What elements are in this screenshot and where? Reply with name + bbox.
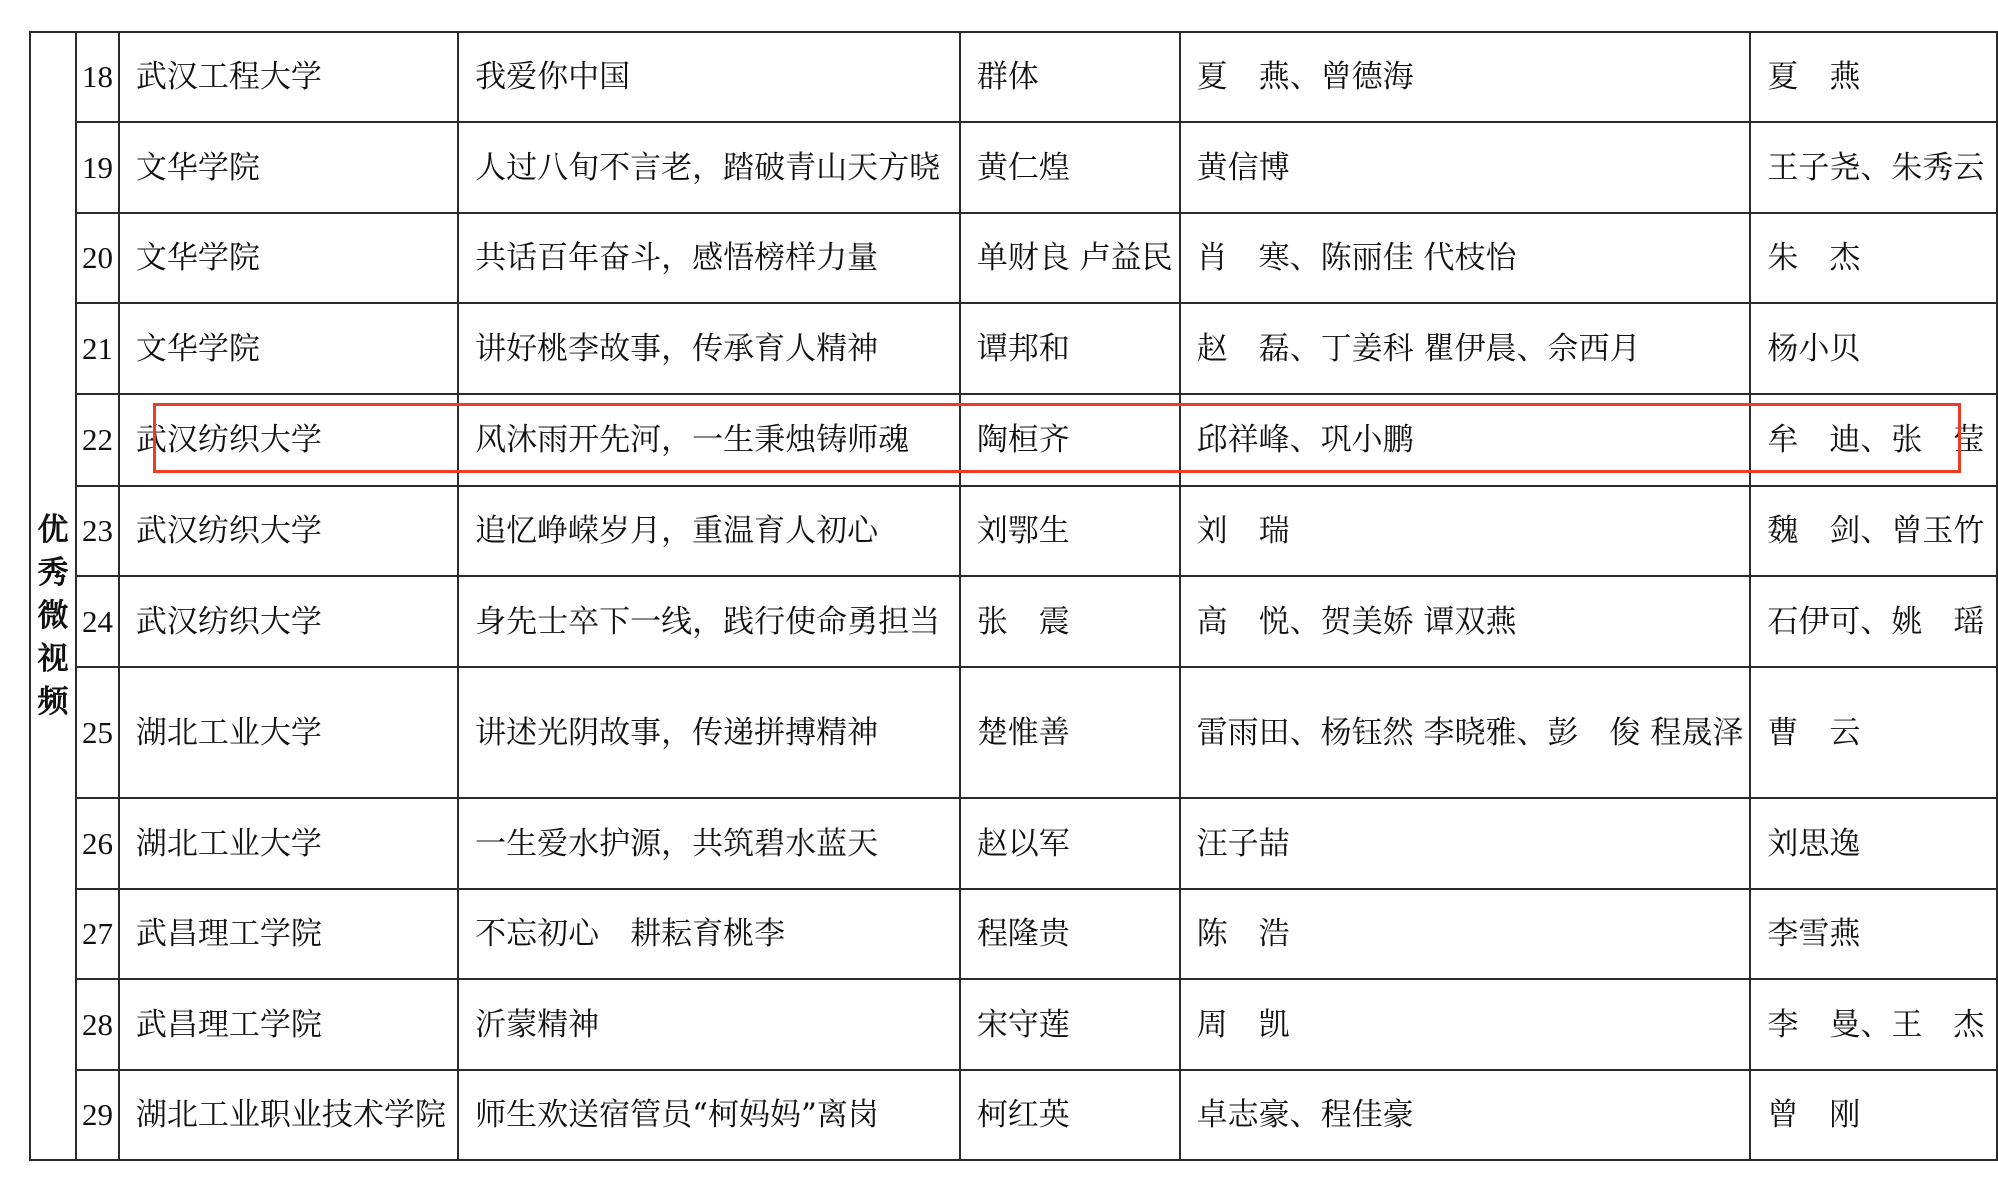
authors-cell: 卓志豪、程佳豪 bbox=[1180, 1070, 1751, 1160]
table-row: 21 文华学院 讲好桃李故事，传承育人精神 谭邦和 赵 磊、丁姜科 瞿伊晨、佘西… bbox=[30, 303, 1997, 394]
unit-cell: 武汉纺织大学 bbox=[119, 394, 458, 486]
row-number: 28 bbox=[76, 979, 119, 1070]
table-row: 20 文华学院 共话百年奋斗，感悟榜样力量 单财良 卢益民 肖 寒、陈丽佳 代枝… bbox=[30, 213, 1997, 303]
tutor-cell: 夏 燕 bbox=[1750, 32, 1997, 122]
title-cell: 我爱你中国 bbox=[458, 32, 960, 122]
title-cell: 风沐雨开先河，一生秉烛铸师魂 bbox=[458, 394, 960, 486]
unit-cell: 武汉纺织大学 bbox=[119, 486, 458, 576]
authors-cell: 肖 寒、陈丽佳 代枝怡 bbox=[1180, 213, 1751, 303]
unit-cell: 文华学院 bbox=[119, 303, 458, 394]
authors-cell: 周 凯 bbox=[1180, 979, 1751, 1070]
award-list-table: 优秀微视频 18 武汉工程大学 我爱你中国 群体 夏 燕、曾德海 夏 燕 19 … bbox=[29, 31, 1998, 1161]
table-row: 27 武昌理工学院 不忘初心 耕耘育桃李 程隆贵 陈 浩 李雪燕 bbox=[30, 889, 1997, 979]
tutor-cell: 曹 云 bbox=[1750, 667, 1997, 798]
authors-cell: 刘 瑞 bbox=[1180, 486, 1751, 576]
row-number: 20 bbox=[76, 213, 119, 303]
authors-cell: 陈 浩 bbox=[1180, 889, 1751, 979]
unit-cell: 湖北工业大学 bbox=[119, 667, 458, 798]
authors-cell: 赵 磊、丁姜科 瞿伊晨、佘西月 bbox=[1180, 303, 1751, 394]
row-number: 19 bbox=[76, 122, 119, 213]
subject-cell: 赵以军 bbox=[960, 798, 1180, 889]
title-cell: 师生欢送宿管员“柯妈妈”离岗 bbox=[458, 1070, 960, 1160]
tutor-cell: 王子尧、朱秀云 bbox=[1750, 122, 1997, 213]
authors-cell: 黄信博 bbox=[1180, 122, 1751, 213]
authors-cell: 邱祥峰、巩小鹏 bbox=[1180, 394, 1751, 486]
title-cell: 沂蒙精神 bbox=[458, 979, 960, 1070]
title-cell: 一生爱水护源，共筑碧水蓝天 bbox=[458, 798, 960, 889]
table-row: 29 湖北工业职业技术学院 师生欢送宿管员“柯妈妈”离岗 柯红英 卓志豪、程佳豪… bbox=[30, 1070, 1997, 1160]
unit-cell: 武昌理工学院 bbox=[119, 979, 458, 1070]
table-row: 28 武昌理工学院 沂蒙精神 宋守莲 周 凯 李 曼、王 杰 bbox=[30, 979, 1997, 1070]
tutor-cell: 李 曼、王 杰 bbox=[1750, 979, 1997, 1070]
row-number: 18 bbox=[76, 32, 119, 122]
subject-cell: 楚惟善 bbox=[960, 667, 1180, 798]
tutor-cell: 李雪燕 bbox=[1750, 889, 1997, 979]
authors-cell: 雷雨田、杨钰然 李晓雅、彭 俊 程晟泽 bbox=[1180, 667, 1751, 798]
table-row: 26 湖北工业大学 一生爱水护源，共筑碧水蓝天 赵以军 汪子喆 刘思逸 bbox=[30, 798, 1997, 889]
subject-cell: 宋守莲 bbox=[960, 979, 1180, 1070]
unit-cell: 湖北工业职业技术学院 bbox=[119, 1070, 458, 1160]
subject-cell: 群体 bbox=[960, 32, 1180, 122]
tutor-cell: 魏 剑、曾玉竹 bbox=[1750, 486, 1997, 576]
title-cell: 身先士卒下一线，践行使命勇担当 bbox=[458, 576, 960, 667]
title-cell: 人过八旬不言老，踏破青山天方晓 bbox=[458, 122, 960, 213]
tutor-cell: 朱 杰 bbox=[1750, 213, 1997, 303]
table-row: 24 武汉纺织大学 身先士卒下一线，践行使命勇担当 张 震 高 悦、贺美娇 谭双… bbox=[30, 576, 1997, 667]
row-number: 21 bbox=[76, 303, 119, 394]
unit-cell: 武昌理工学院 bbox=[119, 889, 458, 979]
unit-cell: 武汉工程大学 bbox=[119, 32, 458, 122]
title-cell: 讲好桃李故事，传承育人精神 bbox=[458, 303, 960, 394]
subject-cell: 程隆贵 bbox=[960, 889, 1180, 979]
table-row: 优秀微视频 18 武汉工程大学 我爱你中国 群体 夏 燕、曾德海 夏 燕 bbox=[30, 32, 1997, 122]
tutor-cell: 石伊可、姚 瑶 bbox=[1750, 576, 1997, 667]
unit-cell: 武汉纺织大学 bbox=[119, 576, 458, 667]
tutor-cell: 刘思逸 bbox=[1750, 798, 1997, 889]
subject-cell: 柯红英 bbox=[960, 1070, 1180, 1160]
tutor-cell: 杨小贝 bbox=[1750, 303, 1997, 394]
row-number: 26 bbox=[76, 798, 119, 889]
authors-cell: 汪子喆 bbox=[1180, 798, 1751, 889]
title-cell: 讲述光阴故事，传递拼搏精神 bbox=[458, 667, 960, 798]
row-number: 25 bbox=[76, 667, 119, 798]
subject-cell: 陶桓齐 bbox=[960, 394, 1180, 486]
row-number: 27 bbox=[76, 889, 119, 979]
subject-cell: 张 震 bbox=[960, 576, 1180, 667]
category-label: 优秀微视频 bbox=[36, 509, 70, 724]
authors-cell: 高 悦、贺美娇 谭双燕 bbox=[1180, 576, 1751, 667]
subject-cell: 谭邦和 bbox=[960, 303, 1180, 394]
subject-cell: 黄仁煌 bbox=[960, 122, 1180, 213]
row-number: 24 bbox=[76, 576, 119, 667]
row-number: 29 bbox=[76, 1070, 119, 1160]
row-number: 23 bbox=[76, 486, 119, 576]
tutor-cell: 曾 刚 bbox=[1750, 1070, 1997, 1160]
authors-cell: 夏 燕、曾德海 bbox=[1180, 32, 1751, 122]
table-row-highlighted: 22 武汉纺织大学 风沐雨开先河，一生秉烛铸师魂 陶桓齐 邱祥峰、巩小鹏 牟 迪… bbox=[30, 394, 1997, 486]
unit-cell: 湖北工业大学 bbox=[119, 798, 458, 889]
row-number: 22 bbox=[76, 394, 119, 486]
unit-cell: 文华学院 bbox=[119, 122, 458, 213]
category-cell: 优秀微视频 bbox=[30, 32, 76, 1160]
title-cell: 不忘初心 耕耘育桃李 bbox=[458, 889, 960, 979]
title-cell: 追忆峥嵘岁月，重温育人初心 bbox=[458, 486, 960, 576]
subject-cell: 单财良 卢益民 bbox=[960, 213, 1180, 303]
table-row: 25 湖北工业大学 讲述光阴故事，传递拼搏精神 楚惟善 雷雨田、杨钰然 李晓雅、… bbox=[30, 667, 1997, 798]
subject-cell: 刘鄂生 bbox=[960, 486, 1180, 576]
table-row: 23 武汉纺织大学 追忆峥嵘岁月，重温育人初心 刘鄂生 刘 瑞 魏 剑、曾玉竹 bbox=[30, 486, 1997, 576]
unit-cell: 文华学院 bbox=[119, 213, 458, 303]
title-cell: 共话百年奋斗，感悟榜样力量 bbox=[458, 213, 960, 303]
tutor-cell: 牟 迪、张 莹 bbox=[1750, 394, 1997, 486]
table-row: 19 文华学院 人过八旬不言老，踏破青山天方晓 黄仁煌 黄信博 王子尧、朱秀云 bbox=[30, 122, 1997, 213]
